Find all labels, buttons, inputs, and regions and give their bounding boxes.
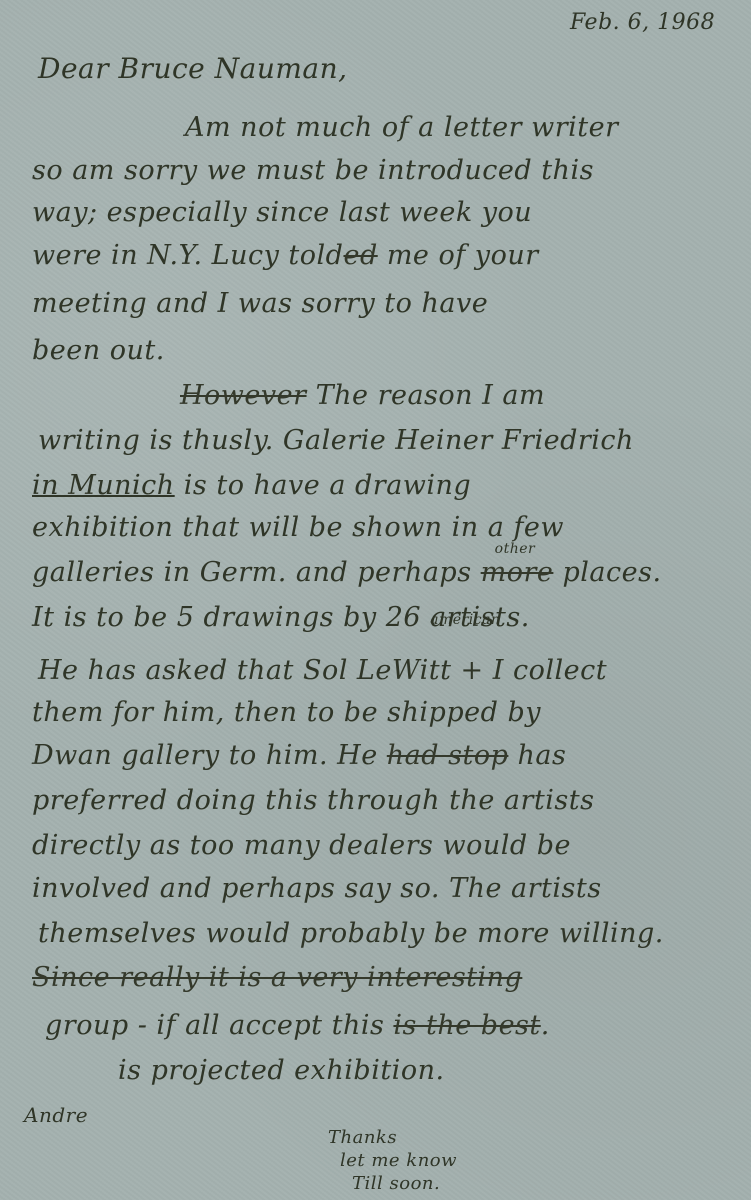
body-line-16: preferred doing this through the artists xyxy=(32,785,594,816)
body-line-14: them for him, then to be shipped by xyxy=(32,697,541,728)
text: The reason I am xyxy=(307,380,546,411)
body-line-5: meeting and I was sorry to have xyxy=(32,288,488,319)
body-line-12: It is to be 5 drawings by 26 americanart… xyxy=(32,602,530,633)
body-line-19: themselves would probably be more willin… xyxy=(38,918,664,949)
body-line-1: Am not much of a letter writer xyxy=(185,112,619,143)
text: is to have a drawing xyxy=(175,470,472,501)
underlined-text: in Munich xyxy=(32,470,175,501)
body-line-2: so am sorry we must be introduced this xyxy=(32,155,594,186)
inserted-text: american xyxy=(430,612,500,628)
inserted-text: other xyxy=(495,541,536,557)
body-line-22: is projected exhibition. xyxy=(118,1055,445,1086)
struck-text: had stop xyxy=(387,740,509,771)
text: It is to be 5 drawings by 26 xyxy=(32,602,430,633)
body-line-6: been out. xyxy=(32,335,165,366)
body-line-4: were in N.Y. Lucy tolded me of your xyxy=(32,240,539,271)
body-line-3: way; especially since last week you xyxy=(32,197,532,228)
body-line-11: galleries in Germ. and perhaps othermore… xyxy=(32,557,662,588)
struck-text: is the best xyxy=(393,1010,540,1041)
postscript-line-2: let me know xyxy=(340,1150,457,1171)
body-line-10: exhibition that will be shown in a few xyxy=(32,512,564,543)
letter-date: Feb. 6, 1968 xyxy=(570,10,715,35)
body-line-13: He has asked that Sol LeWitt + I collect xyxy=(38,655,607,686)
struck-text: ed xyxy=(343,240,377,271)
body-line-7: However The reason I am xyxy=(180,380,545,411)
text: . xyxy=(541,1010,550,1041)
body-line-9: in Munich is to have a drawing xyxy=(32,470,471,501)
text: galleries in Germ. and perhaps xyxy=(32,557,481,588)
text: Dwan gallery to him. He xyxy=(32,740,387,771)
struck-text: Since really it is a very interesting xyxy=(32,962,522,993)
postscript-line-1: Thanks xyxy=(328,1127,397,1148)
text: places. xyxy=(553,557,661,588)
body-line-17: directly as too many dealers would be xyxy=(32,830,571,861)
text: has xyxy=(508,740,566,771)
salutation: Dear Bruce Nauman, xyxy=(38,52,348,85)
text: group - if all accept this xyxy=(45,1010,393,1041)
body-line-20: Since really it is a very interesting xyxy=(32,962,522,993)
struck-text: more xyxy=(481,557,554,588)
body-line-21: group - if all accept this is the best. xyxy=(45,1010,550,1041)
postscript-line-3: Till soon. xyxy=(352,1173,440,1194)
text: me of your xyxy=(378,240,539,271)
signature: Andre xyxy=(24,1103,88,1127)
struck-text: However xyxy=(180,380,307,411)
text: were in N.Y. Lucy told xyxy=(32,240,343,271)
body-line-18: involved and perhaps say so. The artists xyxy=(32,873,602,904)
body-line-8: writing is thusly. Galerie Heiner Friedr… xyxy=(38,425,634,456)
body-line-15: Dwan gallery to him. He had stop has xyxy=(32,740,566,771)
